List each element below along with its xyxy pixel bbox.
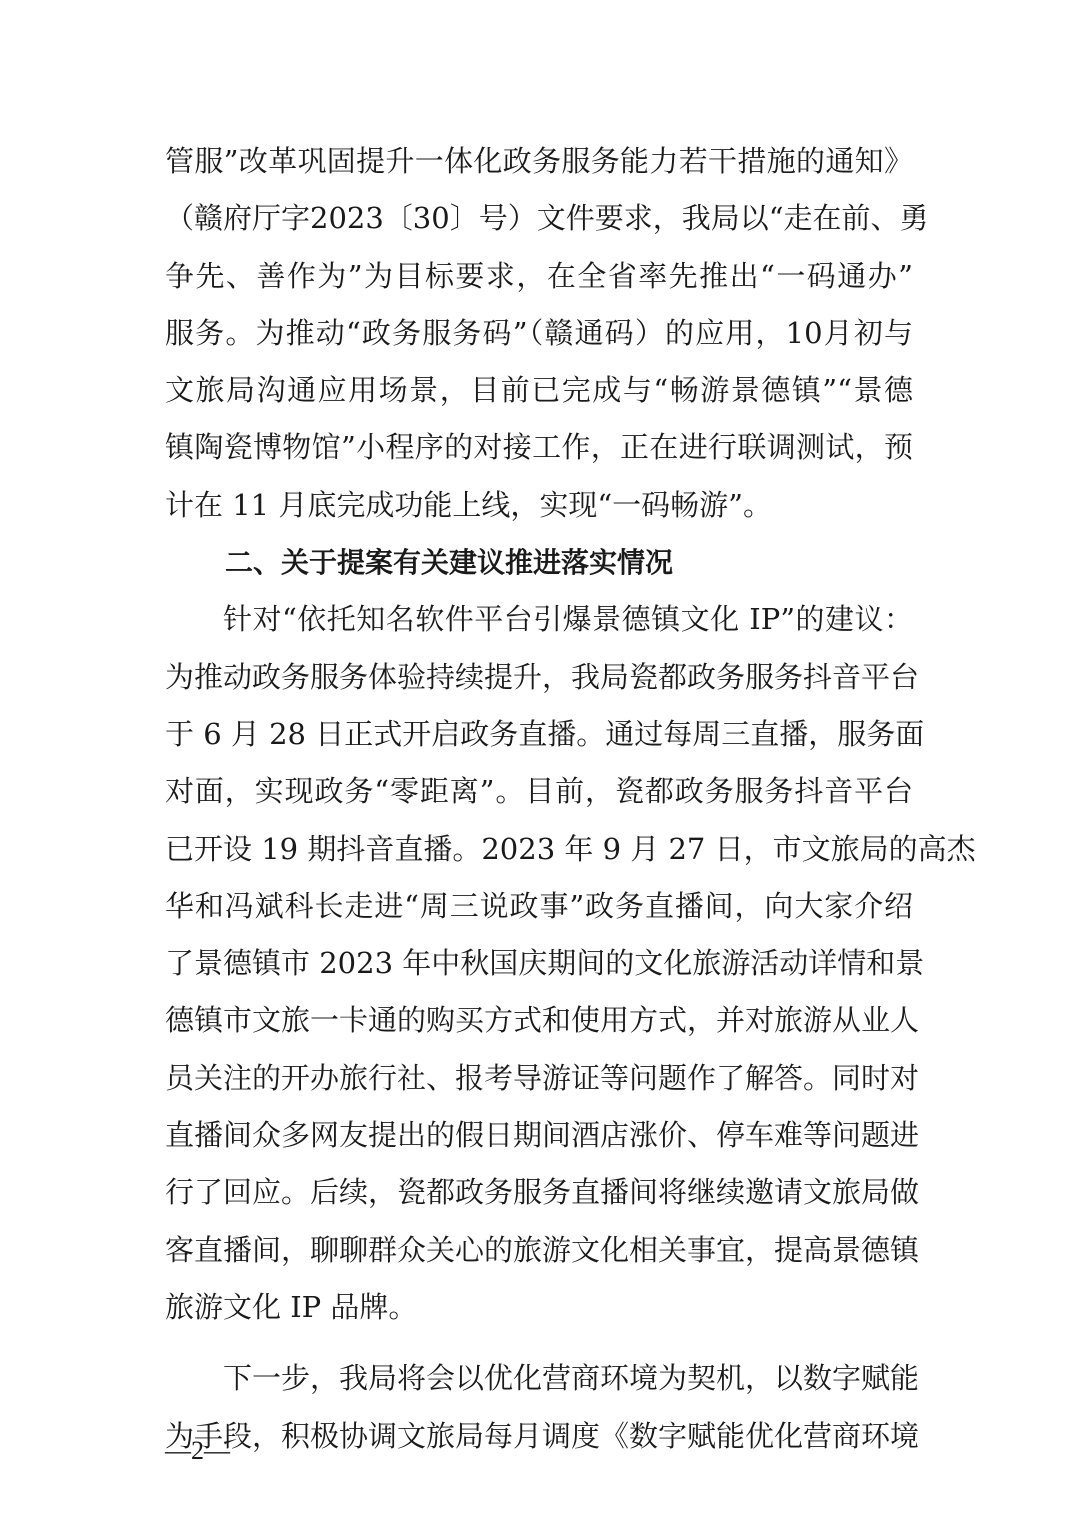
text-line: 德镇市文旅一卡通的购买方式和使用方式，并对旅游从业人 [165, 992, 913, 1049]
text-line: 计在 11 月底完成功能上线，实现“一码畅游”。 [165, 477, 913, 534]
text-line: 旅游文化 IP 品牌。 [165, 1279, 913, 1336]
text-line: 了景德镇市 2023 年中秋国庆期间的文化旅游活动详情和景 [165, 935, 913, 992]
page-number: —2— [165, 1433, 230, 1469]
paragraph-next-steps: 下一步，我局将会以优化营商环境为契机，以数字赋能 为手段，积极协调文旅局每月调度… [165, 1350, 913, 1465]
text-line: 客直播间，聊聊群众关心的旅游文化相关事宜，提高景德镇 [165, 1222, 913, 1279]
text-line: （赣府厅字2023〔30〕号）文件要求，我局以“走在前、勇 [165, 190, 913, 247]
text-line: 争先、善作为”为目标要求，在全省率先推出“一码通办” [165, 248, 913, 305]
text-line: 针对“依托知名软件平台引爆景德镇文化 IP”的建议： [165, 591, 913, 648]
document-body: 管服”改革巩固提升一体化政务服务能力若干措施的通知》 （赣府厅字2023〔30〕… [165, 133, 913, 1465]
text-line: 行了回应。后续，瓷都政务服务直播间将继续邀请文旅局做 [165, 1164, 913, 1221]
text-line: 文旅局沟通应用场景，目前已完成与“畅游景德镇”“景德 [165, 362, 913, 419]
text-line: 管服”改革巩固提升一体化政务服务能力若干措施的通知》 [165, 133, 913, 190]
text-line: 服务。为推动“政务服务码”（赣通码）的应用，10月初与 [165, 305, 913, 362]
paragraph-continuation: 管服”改革巩固提升一体化政务服务能力若干措施的通知》 （赣府厅字2023〔30〕… [165, 133, 913, 534]
text-line: 为推动政务服务体验持续提升，我局瓷都政务服务抖音平台 [165, 649, 913, 706]
paragraph-suggestion-response: 针对“依托知名软件平台引爆景德镇文化 IP”的建议： 为推动政务服务体验持续提升… [165, 591, 913, 1336]
text-line: 镇陶瓷博物馆”小程序的对接工作，正在进行联调测试，预 [165, 419, 913, 476]
text-line: 于 6 月 28 日正式开启政务直播。通过每周三直播，服务面 [165, 706, 913, 763]
text-line: 直播间众多网友提出的假日期间酒店涨价、停车难等问题进 [165, 1107, 913, 1164]
text-line: 下一步，我局将会以优化营商环境为契机，以数字赋能 [165, 1350, 913, 1407]
document-page: 管服”改革巩固提升一体化政务服务能力若干措施的通知》 （赣府厅字2023〔30〕… [0, 0, 1074, 1520]
text-line: 华和冯斌科长走进“周三说政事”政务直播间，向大家介绍 [165, 878, 913, 935]
text-line: 对面，实现政务“零距离”。目前，瓷都政务服务抖音平台 [165, 763, 913, 820]
text-line: 已开设 19 期抖音直播。2023 年 9 月 27 日，市文旅局的高杰 [165, 821, 913, 878]
section-heading: 二、关于提案有关建议推进落实情况 [165, 534, 913, 591]
text-line: 员关注的开办旅行社、报考导游证等问题作了解答。同时对 [165, 1050, 913, 1107]
paragraph-spacer [165, 1336, 913, 1350]
text-line: 为手段，积极协调文旅局每月调度《数字赋能优化营商环境 [165, 1408, 913, 1465]
